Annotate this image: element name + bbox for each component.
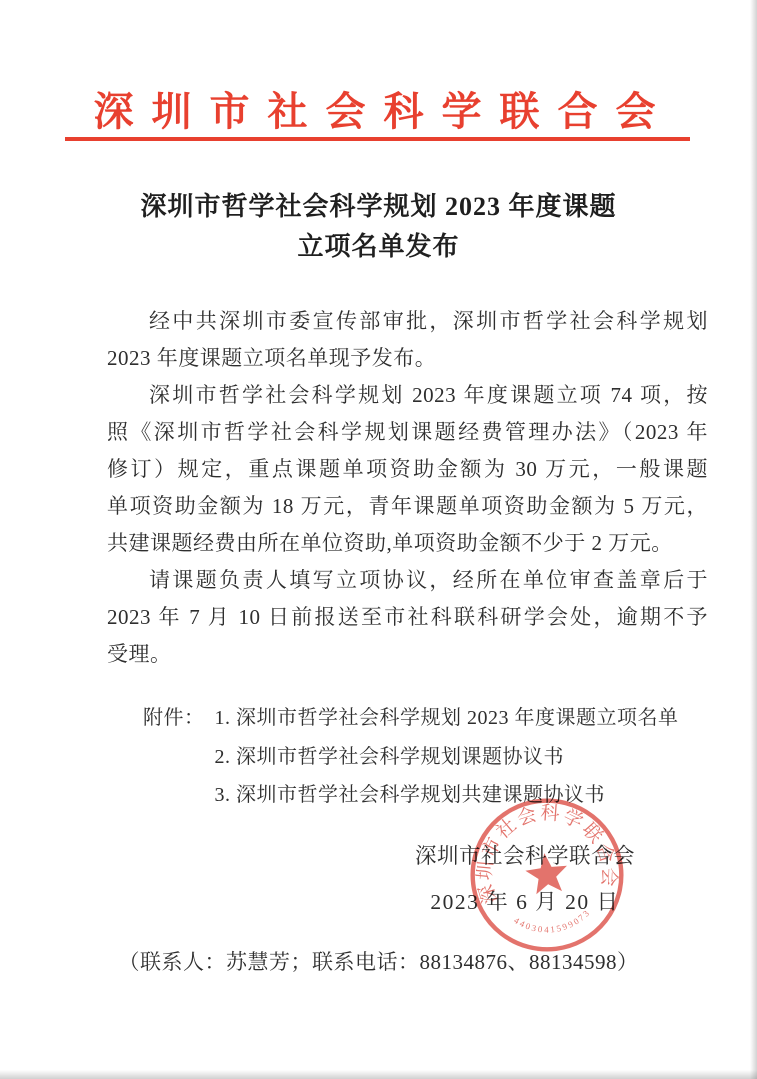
document-body: 经中共深圳市委宣传部审批，深圳市哲学社会科学规划2023 年度课题立项名单现予发… (107, 303, 708, 673)
paragraph: 深圳市哲学社会科学规划 2023 年度课题立项 74 项，按照《深圳市哲学社会科… (107, 377, 708, 562)
paragraph: 请课题负责人填写立项协议，经所在单位审查盖章后于2023 年 7 月 10 日前… (107, 562, 708, 673)
svg-text:4403041599073: 4403041599073 (511, 906, 594, 939)
paragraph: 经中共深圳市委宣传部审批，深圳市哲学社会科学规划2023 年度课题立项名单现予发… (107, 303, 708, 377)
letterhead-org-name: 深圳市社会科学联合会 (0, 80, 757, 137)
paragraph-line: 经中共深圳市委宣传部审批，深圳市哲学社会科学规划 (107, 303, 708, 340)
paragraph-line: 深圳市哲学社会科学规划 2023 年度课题立项 74 项，按 (107, 377, 708, 414)
letterhead-divider-line (65, 137, 690, 141)
paragraph-line: 请课题负责人填写立项协议，经所在单位审查盖章后于 (107, 562, 708, 599)
paragraph-line: 共建课题经费由所在单位资助,单项资助金额不少于 2 万元。 (107, 525, 708, 562)
seal-number: 4403041599073 (511, 906, 594, 939)
official-seal: 深圳市社会科学联合会 4403041599073 (449, 777, 645, 973)
svg-text:深圳市社会科学联合会: 深圳市社会科学联合会 (465, 793, 623, 907)
attachment-item: 2. 深圳市哲学社会科学规划课题协议书 (215, 738, 679, 777)
attachments-label: 附件： (143, 699, 205, 815)
seal-arc-text: 深圳市社会科学联合会 (465, 793, 623, 907)
paragraph-line: 2023 年度课题立项名单现予发布。 (107, 340, 708, 377)
attachment-item: 1. 深圳市哲学社会科学规划 2023 年度课题立项名单 (215, 699, 679, 738)
scan-edge-right (750, 0, 757, 1079)
paragraph-line: 受理。 (107, 636, 708, 673)
contact-info: （联系人：苏慧芳；联系电话：88134876、88134598） (0, 946, 757, 976)
seal-star-icon (524, 851, 570, 896)
paragraph-line: 单项资助金额为 18 万元，青年课题单项资助金额为 5 万元， (107, 488, 708, 525)
paragraph-line: 2023 年 7 月 10 日前报送至市社科联科研学会处，逾期不予 (107, 599, 708, 636)
paragraph-line: 照《深圳市哲学社会科学规划课题经费管理办法》（2023 年 (107, 414, 708, 451)
scan-edge-bottom (0, 1070, 757, 1079)
paragraph-line: 修订）规定，重点课题单项资助金额为 30 万元，一般课题 (107, 451, 708, 488)
document-title-line2: 立项名单发布 (0, 227, 757, 267)
document-page: 深圳市社会科学联合会 深圳市哲学社会科学规划 2023 年度课题 立项名单发布 … (0, 0, 757, 1079)
document-title: 深圳市哲学社会科学规划 2023 年度课题 立项名单发布 (0, 187, 757, 267)
document-title-line1: 深圳市哲学社会科学规划 2023 年度课题 (0, 187, 757, 227)
